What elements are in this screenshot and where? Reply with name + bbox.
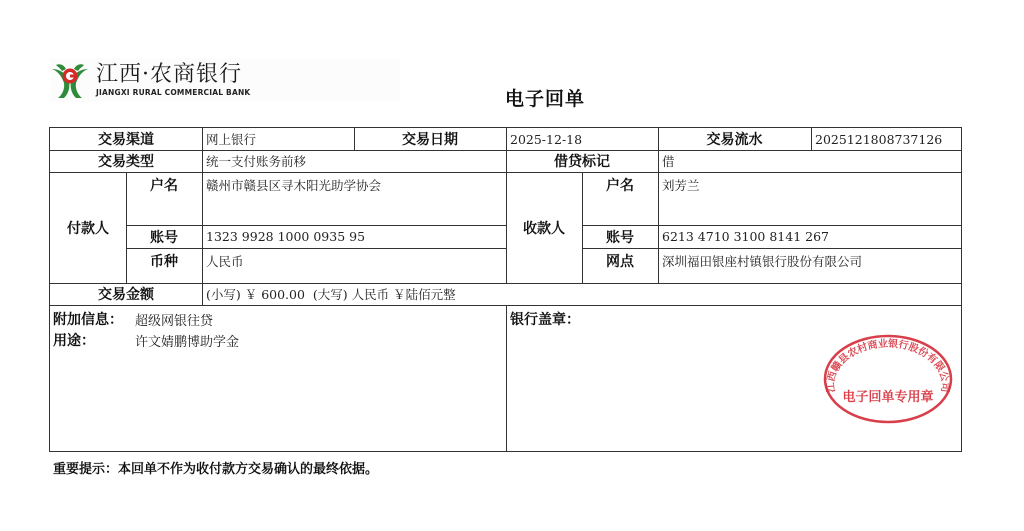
stamp-arc-text: 江西赣县农村商业银行股份有限公司 xyxy=(824,337,953,393)
additional-info-row: 附加信息： 超级网银往贷 xyxy=(53,309,503,329)
payer-section-label: 付款人 xyxy=(50,172,126,283)
bank-logo-icon xyxy=(50,61,90,99)
document-title: 电子回单 xyxy=(505,84,585,111)
payee-section-label: 收款人 xyxy=(506,172,582,283)
svg-text:江西赣县农村商业银行股份有限公司: 江西赣县农村商业银行股份有限公司 xyxy=(824,337,953,393)
payer-name-value: 赣州市赣县区寻木阳光助学协会 xyxy=(202,172,506,225)
purpose-row: 用途： 许文婧鹏博助学金 xyxy=(53,330,503,350)
debit-credit-label: 借贷标记 xyxy=(506,150,658,172)
payer-account-label: 账号 xyxy=(126,225,202,248)
serial-label: 交易流水 xyxy=(658,128,811,150)
date-value: 2025-12-18 xyxy=(506,128,658,150)
purpose-label: 用途： xyxy=(53,330,135,350)
payee-branch-value: 深圳福田银座村镇银行股份有限公司 xyxy=(658,248,961,283)
debit-credit-value: 借 xyxy=(658,150,961,172)
bank-logo: 江西·农商银行 JIANGXI RURAL COMMERCIAL BANK xyxy=(50,58,400,102)
payee-account-label: 账号 xyxy=(582,225,658,248)
channel-label: 交易渠道 xyxy=(50,128,202,150)
type-label: 交易类型 xyxy=(50,150,202,172)
bank-name-en: JIANGXI RURAL COMMERCIAL BANK xyxy=(96,89,250,97)
date-label: 交易日期 xyxy=(354,128,506,150)
additional-info-label: 附加信息： xyxy=(53,309,135,329)
payer-currency-value: 人民币 xyxy=(202,248,506,283)
payee-branch-label: 网点 xyxy=(582,248,658,283)
amount-label: 交易金额 xyxy=(50,283,202,305)
seal-label: 银行盖章： xyxy=(510,309,580,329)
serial-value: 2025121808737126 xyxy=(811,128,961,150)
channel-value: 网上银行 xyxy=(202,128,354,150)
important-notice: 重要提示：本回单不作为收付款方交易确认的最终依据。 xyxy=(53,458,378,477)
bank-seal-stamp: 江西赣县农村商业银行股份有限公司 电子回单专用章 xyxy=(822,333,954,425)
payer-name-label: 户名 xyxy=(126,172,202,225)
payee-account-value: 6213 4710 3100 8141 267 xyxy=(658,225,961,248)
seal-row: 银行盖章： xyxy=(510,309,710,329)
payer-account-value: 1323 9928 1000 0935 95 xyxy=(202,225,506,248)
bank-name-cn: 江西·农商银行 xyxy=(96,64,250,86)
amount-value: (小写) ￥ 600.00 (大写) 人民币 ￥陆佰元整 xyxy=(202,283,961,305)
payee-name-value: 刘芳兰 xyxy=(658,172,961,225)
type-value: 统一支付账务前移 xyxy=(202,150,506,172)
payee-name-label: 户名 xyxy=(582,172,658,225)
purpose-value: 许文婧鹏博助学金 xyxy=(135,331,239,350)
col-divider xyxy=(506,305,507,452)
payer-currency-label: 币种 xyxy=(126,248,202,283)
stamp-center-text: 电子回单专用章 xyxy=(842,389,933,405)
additional-info-value: 超级网银往贷 xyxy=(135,310,213,329)
